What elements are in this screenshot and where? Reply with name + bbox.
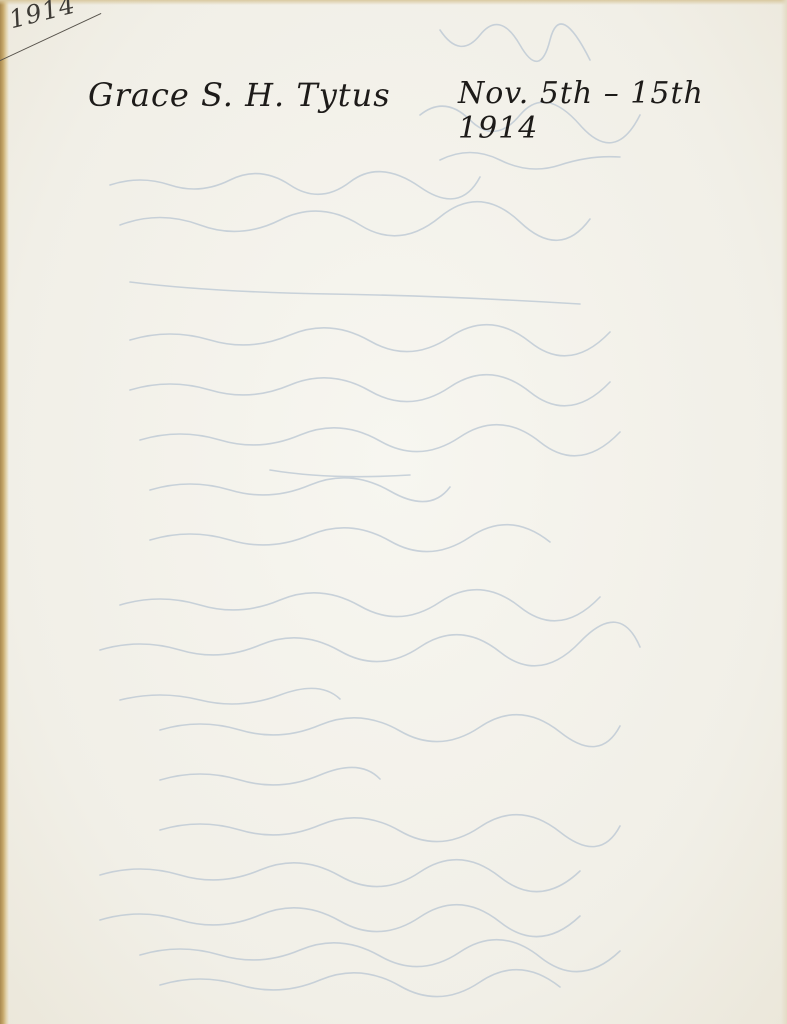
author-signature: Grace S. H. Tytus [88, 76, 391, 114]
diary-page: 1914 Grace S. H. Tytus Nov. 5th – 15th 1… [0, 0, 787, 1024]
binding-spine-edge [0, 0, 9, 1024]
page-right-edge [781, 0, 787, 1024]
page-top-edge [0, 0, 787, 5]
ink-bleed-through [60, 20, 740, 1010]
bleed-through-scribble-icon [60, 20, 740, 1010]
date-range-heading: Nov. 5th – 15th 1914 [458, 76, 787, 146]
